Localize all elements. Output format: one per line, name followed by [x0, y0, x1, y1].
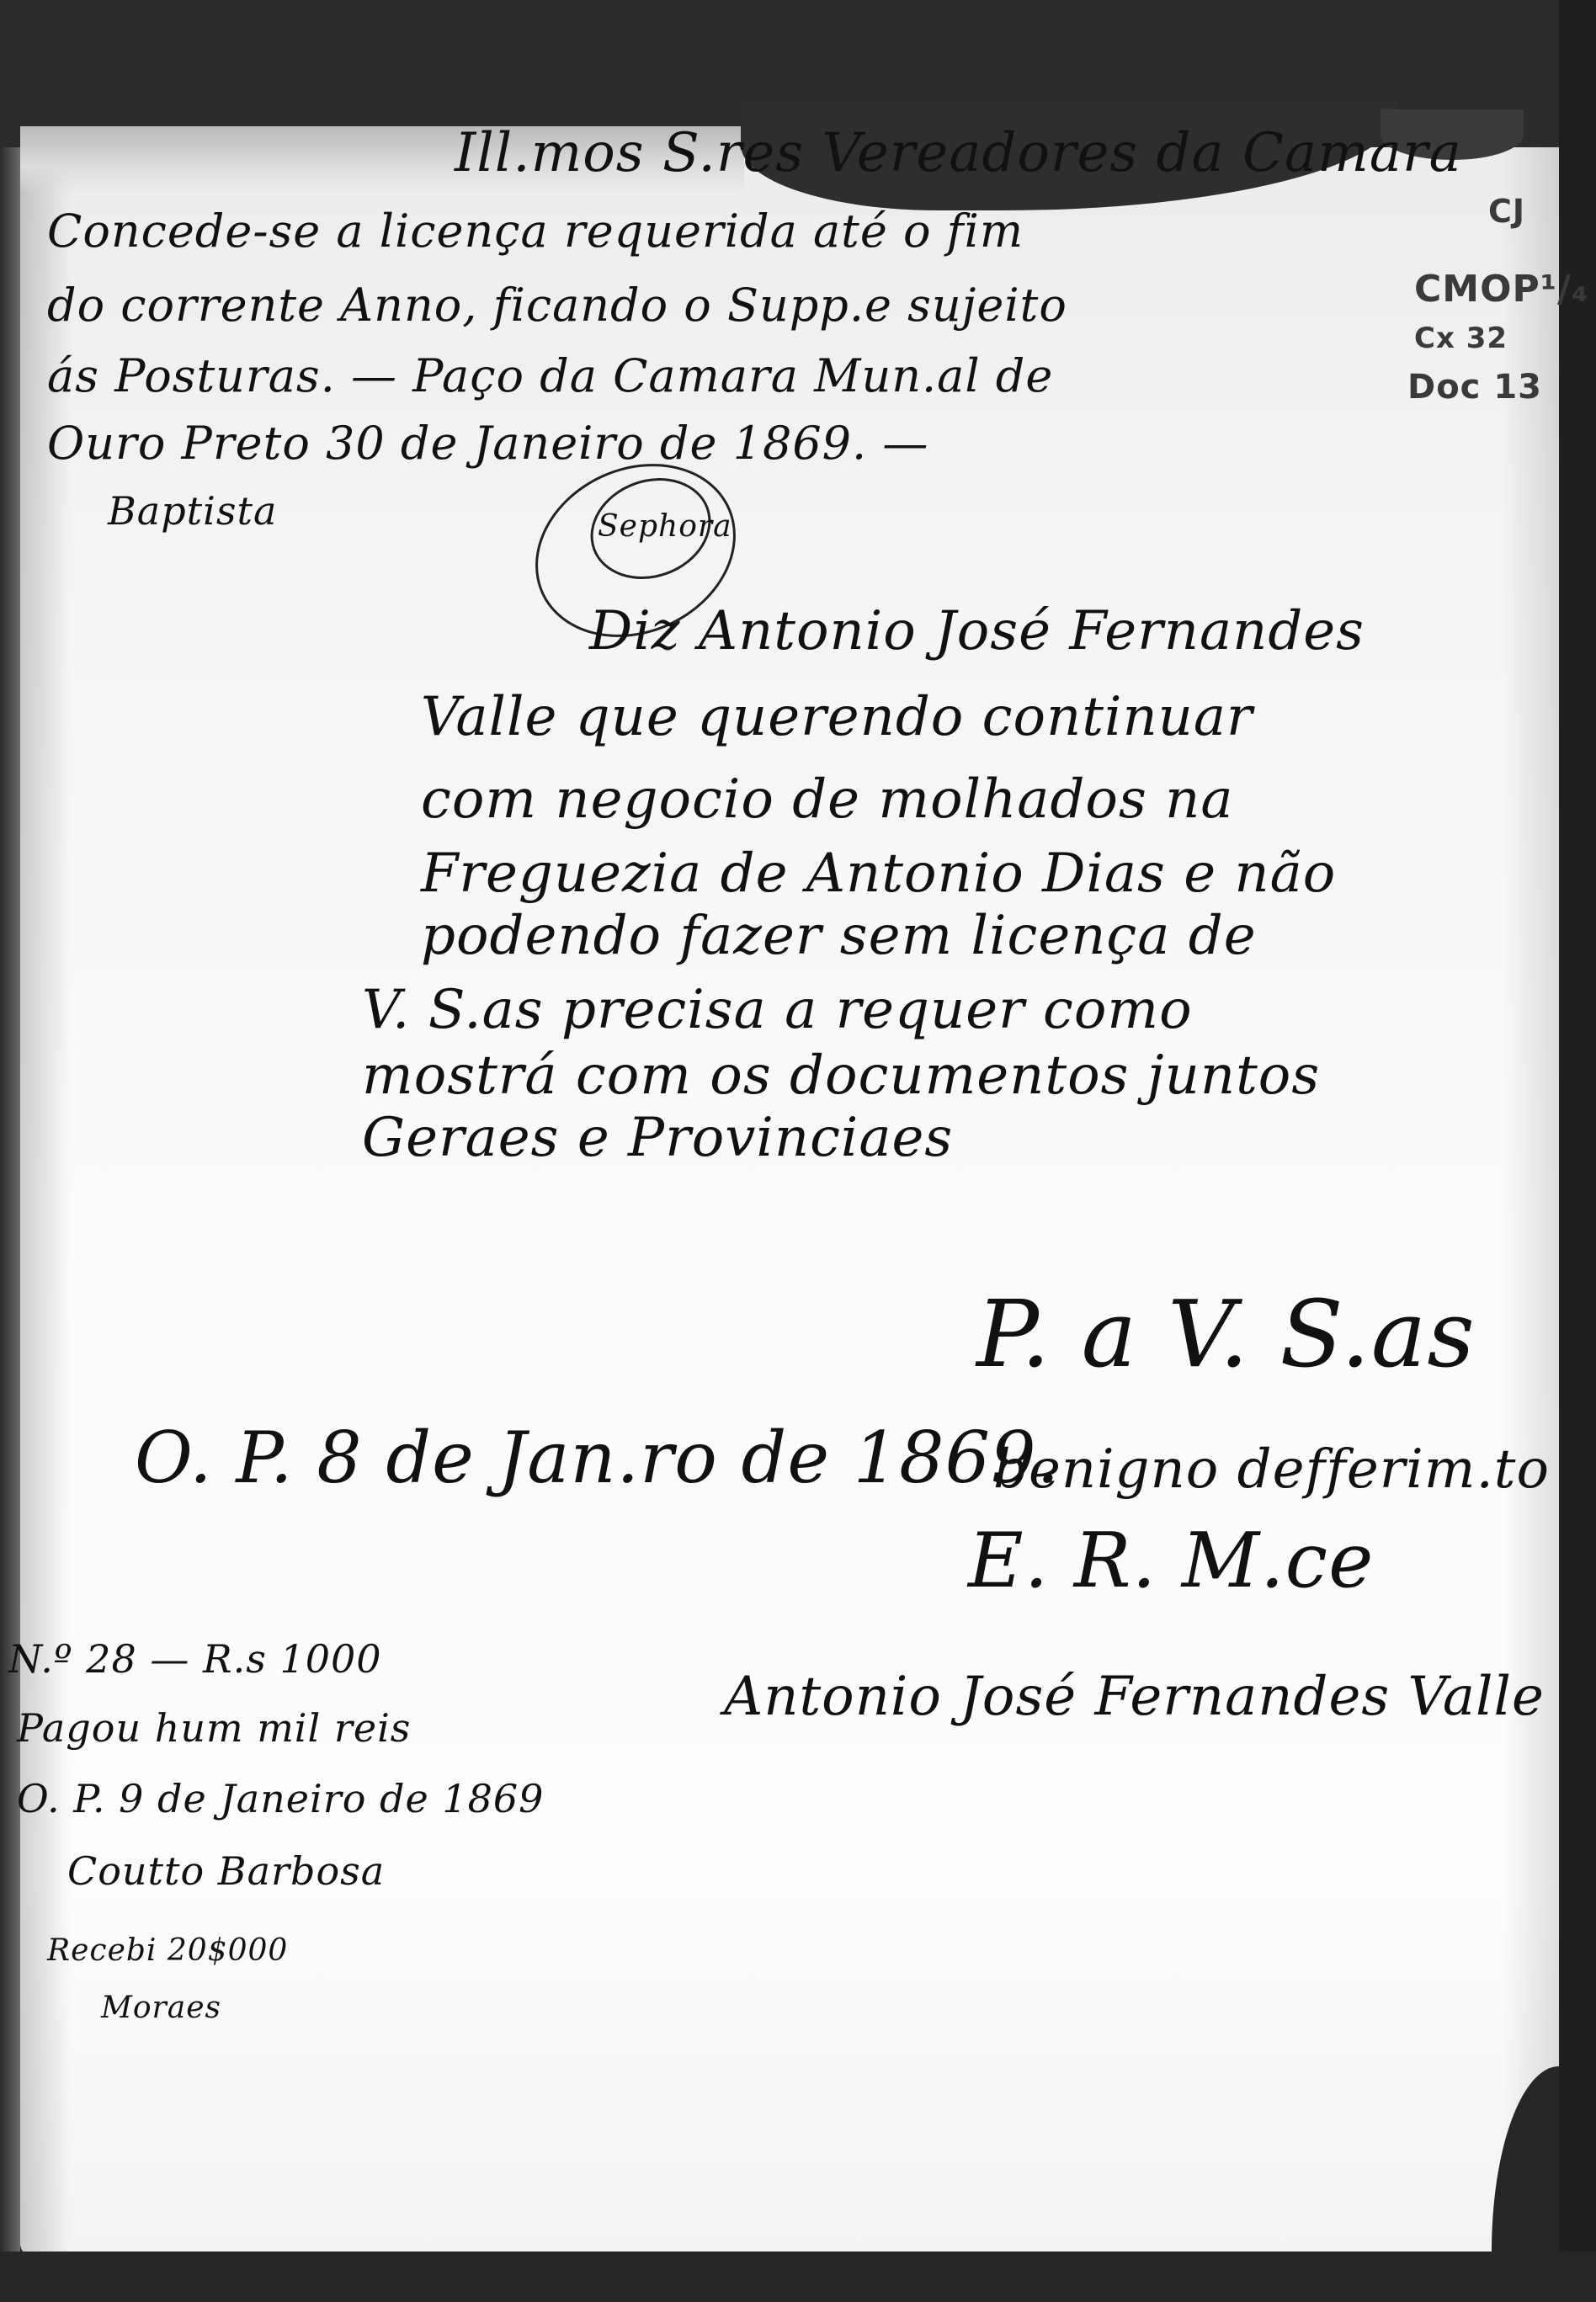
petition-line-6: V. S.as precisa a requer como [362, 983, 1193, 1037]
closing-date: O. P. 8 de Jan.ro de 1869. [135, 1422, 1060, 1493]
dispatch-signature-baptista: Baptista [108, 492, 277, 530]
scan-right-border [1559, 0, 1596, 2302]
petitioner-signature: Antonio José Fernandes Valle [724, 1670, 1545, 1724]
closing-deferment: benigno defferim.to [993, 1443, 1550, 1497]
dispatch-line-4: Ouro Preto 30 de Janeiro de 1869. — [47, 421, 928, 466]
petition-line-5: podendo fazer sem licença de [421, 909, 1257, 963]
tax-note-line-1: N.º 28 — R.s 1000 [8, 1640, 382, 1678]
scan-bottom-border [0, 2251, 1596, 2302]
tax-note-line-3: O. P. 9 de Janeiro de 1869 [17, 1779, 544, 1818]
receipt-note-line-1: Recebi 20$000 [47, 1936, 288, 1966]
petition-line-2: Valle que querendo continuar [421, 690, 1253, 744]
dispatch-line-1: Concede-se a licença requerida até o fim [47, 209, 1024, 254]
archive-stamp-cj: CJ [1488, 195, 1525, 227]
petition-line-1: Diz Antonio José Fernandes [589, 604, 1365, 658]
tax-note-line-2: Pagou hum mil reis [17, 1709, 411, 1747]
scan-left-border [0, 0, 20, 2302]
receipt-note-signature: Moraes [101, 1993, 221, 2023]
archive-stamp-doc: Doc 13 [1407, 370, 1542, 404]
petition-line-7: mostrá com os documentos juntos [362, 1049, 1320, 1103]
archive-stamp-fund: CMOP¹/₄ [1414, 271, 1588, 308]
petition-line-3: com negocio de molhados na [421, 773, 1234, 827]
dispatch-line-2: do corrente Anno, ficando o Supp.e sujei… [47, 283, 1067, 328]
tax-note-line-4: Coutto Barbosa [67, 1852, 385, 1890]
rubric-signature: Sephora [598, 512, 732, 542]
archive-stamp-box: Cx 32 [1414, 324, 1508, 353]
document-scan: Ill.mos S.res Vereadores da Camara CJ CM… [0, 0, 1596, 2302]
closing-formula: P. a V. S.as [976, 1288, 1476, 1380]
salutation: Ill.mos S.res Vereadores da Camara [455, 126, 1462, 180]
dispatch-line-3: ás Posturas. — Paço da Camara Mun.al de [47, 354, 1053, 399]
petition-line-4: Freguezia de Antonio Dias e não [421, 847, 1336, 901]
petition-line-8: Geraes e Provinciaes [362, 1111, 953, 1165]
closing-erm: E. R. M.ce [968, 1523, 1374, 1599]
